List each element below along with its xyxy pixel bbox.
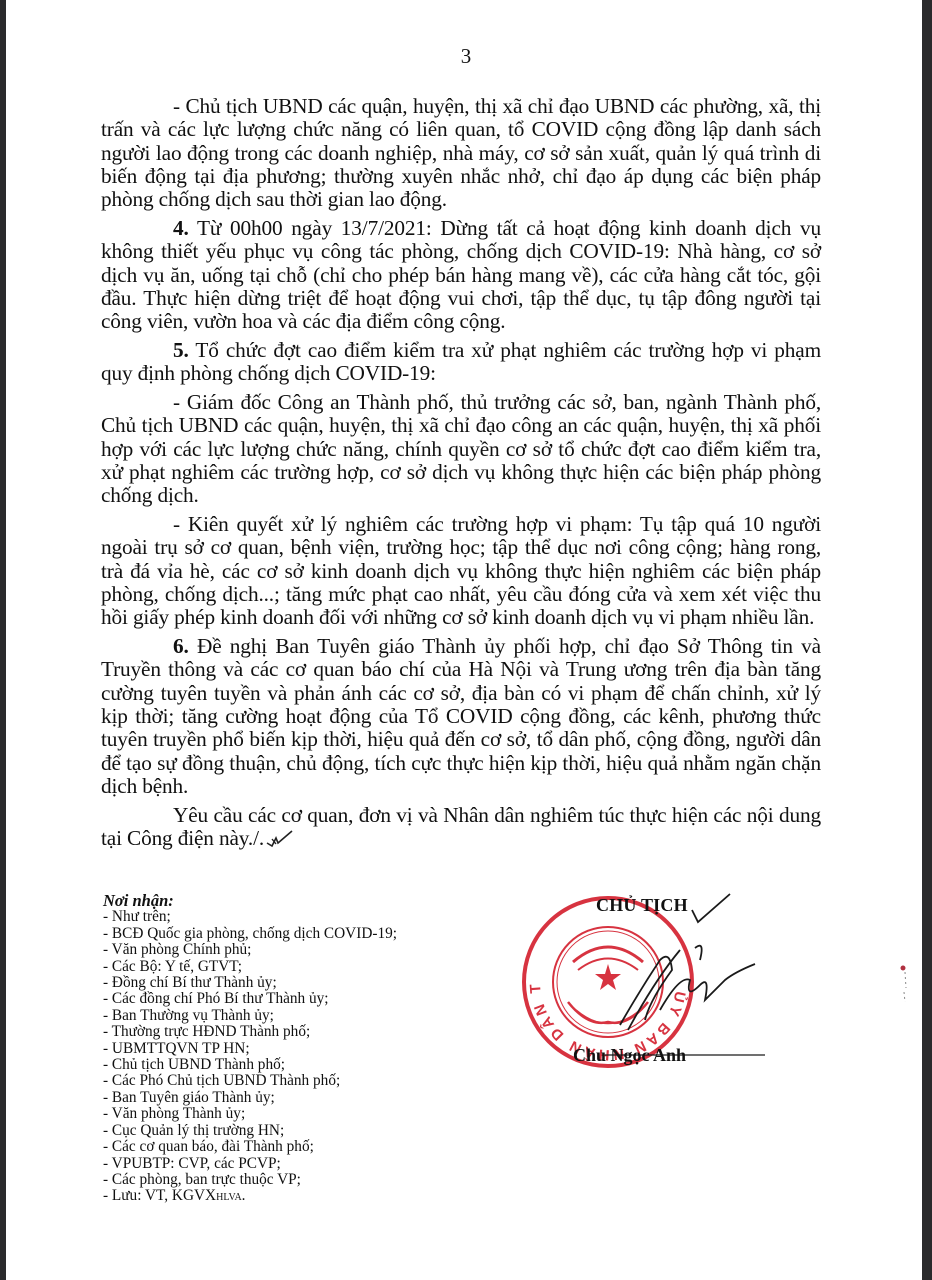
- recipients-list: Nơi nhận: - Như trên;- BCĐ Quốc gia phòn…: [103, 893, 397, 1207]
- paragraph-6: 6. Đề nghị Ban Tuyên giáo Thành ủy phối …: [101, 635, 821, 798]
- paragraph-5: 5. Tổ chức đợt cao điểm kiểm tra xử phạt…: [101, 339, 821, 386]
- paragraph-district-chairs: - Chủ tịch UBND các quận, huyện, thị xã …: [101, 95, 821, 211]
- signature-block: ỦY BAN NHÂN DÂN THÀNH PHỐ HÀ NỘI CHỦ TỊC…: [510, 880, 770, 1080]
- screen-edge-right: [922, 0, 932, 1280]
- recipient-item: - Các Phó Chủ tịch UBND Thành phố;: [103, 1073, 397, 1089]
- recipient-item: - Chủ tịch UBND Thành phố;: [103, 1057, 397, 1073]
- recipient-item: - Thường trực HĐND Thành phố;: [103, 1024, 397, 1040]
- recipient-item: - Ban Thường vụ Thành ủy;: [103, 1008, 397, 1024]
- recipient-item: - BCĐ Quốc gia phòng, chống dịch COVID-1…: [103, 926, 397, 942]
- recipients-heading: Nơi nhận:: [103, 893, 397, 909]
- paragraph-5-violations: - Kiên quyết xử lý nghiêm các trường hợp…: [101, 513, 821, 629]
- recipient-item: - VPUBTP: CVP, các PCVP;: [103, 1156, 397, 1172]
- recipient-item: - UBMTTQVN TP HN;: [103, 1041, 397, 1057]
- recipient-item: - Ban Tuyên giáo Thành ủy;: [103, 1090, 397, 1106]
- paragraph-4: 4. Từ 00h00 ngày 13/7/2021: Dừng tất cả …: [101, 217, 821, 333]
- recipient-items: - Như trên;- BCĐ Quốc gia phòng, chống d…: [103, 909, 397, 1188]
- margin-stain-icon: [895, 950, 915, 1010]
- document-body: - Chủ tịch UBND các quận, huyện, thị xã …: [101, 95, 821, 856]
- recipient-item-archive: - Lưu: VT, KGVXHLVA.: [103, 1188, 397, 1206]
- signer-name: Chu Ngọc Anh: [573, 1045, 686, 1066]
- paragraph-number: 6.: [173, 634, 189, 658]
- recipient-item: - Các đồng chí Phó Bí thư Thành ủy;: [103, 991, 397, 1007]
- recipient-item: - Đồng chí Bí thư Thành ủy;: [103, 975, 397, 991]
- recipient-item: - Các cơ quan báo, đài Thành phố;: [103, 1139, 397, 1155]
- paragraph-5-police: - Giám đốc Công an Thành phố, thủ trưởng…: [101, 391, 821, 507]
- screen-edge-left: [0, 0, 6, 1280]
- recipient-item: - Văn phòng Thành ủy;: [103, 1106, 397, 1122]
- signer-title: CHỦ TỊCH: [596, 895, 688, 916]
- recipient-item: - Các phòng, ban trực thuộc VP;: [103, 1172, 397, 1188]
- closing-statement: Yêu cầu các cơ quan, đơn vị và Nhân dân …: [101, 804, 821, 851]
- recipient-item: - Như trên;: [103, 909, 397, 925]
- initial-mark-icon: [264, 829, 294, 849]
- paragraph-number: 4.: [173, 216, 189, 240]
- recipient-item: - Văn phòng Chính phủ;: [103, 942, 397, 958]
- recipient-item: - Cục Quản lý thị trường HN;: [103, 1123, 397, 1139]
- paragraph-number: 5.: [173, 338, 189, 362]
- page-number: 3: [0, 44, 932, 69]
- recipient-item: - Các Bộ: Y tế, GTVT;: [103, 959, 397, 975]
